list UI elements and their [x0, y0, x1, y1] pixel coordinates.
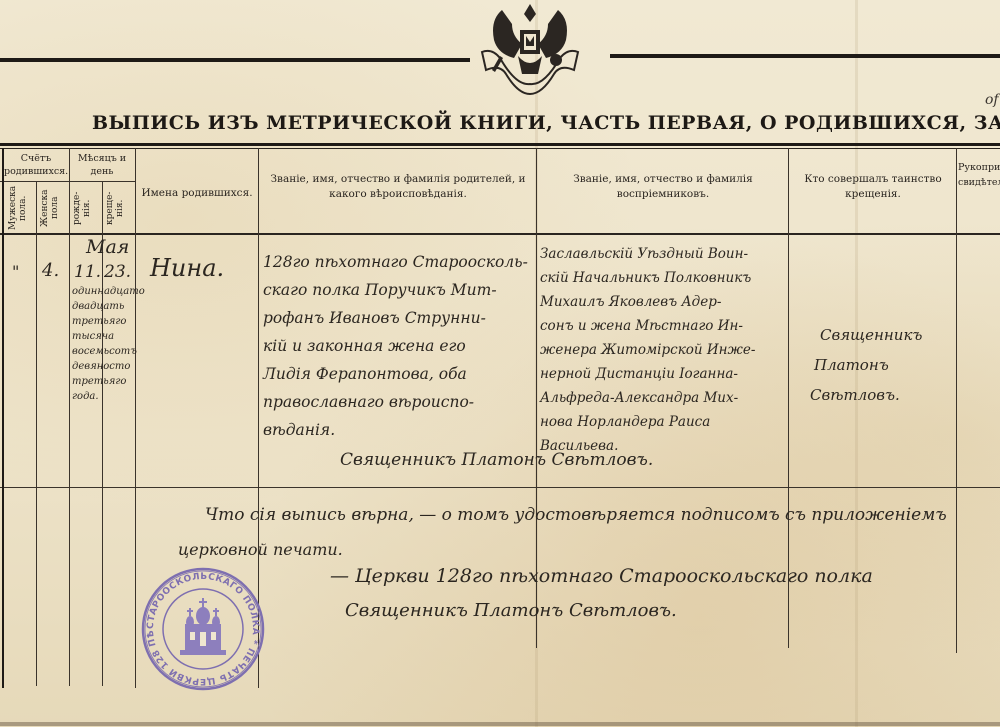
header-female: Женска пола: [40, 186, 66, 230]
header-month-day: Мѣсяцъ и день: [70, 152, 134, 178]
certification-text: Что сія выпись вѣрна, — о томъ удостовѣр…: [205, 505, 947, 525]
priest-line: Платонъ: [810, 350, 950, 380]
godparents-entry: Заславльскій Уѣздный Воин- скій Начальни…: [540, 242, 788, 458]
parents-line: скаго полка Поручикъ Мит-: [263, 276, 535, 304]
certification-text: церковной печати.: [178, 540, 343, 559]
header-male: Мужеска пола.: [8, 186, 34, 230]
godparents-line: нова Норландера Раиса: [540, 410, 788, 434]
godparents-line: Заславльскій Уѣздный Воин-: [540, 242, 788, 266]
priest-entry: Священникъ Платонъ Свѣтловъ.: [810, 320, 950, 410]
table-border: [2, 148, 4, 688]
priest-line: Священникъ: [810, 320, 950, 350]
header-birth-date: рожде-нія.: [72, 186, 100, 230]
godparents-line: Михаилъ Яковлевъ Адер-: [540, 290, 788, 314]
column-divider: [36, 181, 37, 686]
header-bottom-rule: [0, 233, 1000, 235]
header-priest: Кто совершалъ таинство крещенія.: [792, 172, 954, 202]
godparents-line: женера Житомірской Инже-: [540, 338, 788, 362]
parents-line: кій и законная жена его: [263, 332, 535, 360]
parents-line: рофанъ Ивановъ Струнни-: [263, 304, 535, 332]
parents-line: 128го пѣхотнаго Староосколь-: [263, 248, 535, 276]
double-headed-eagle-emblem-icon: [460, 0, 600, 100]
female-count-value: 4.: [42, 260, 59, 281]
header-rule: [610, 54, 1000, 58]
header-subdivider: [0, 181, 135, 182]
corner-note: of: [985, 92, 999, 108]
header-baptism-date: креще-нія.: [105, 186, 133, 230]
paper-bottom-edge: [0, 722, 1000, 726]
column-divider: [69, 148, 70, 686]
priest-signature: Священникъ Платонъ Свѣтловъ.: [340, 450, 653, 470]
header-godparents: Званіе, имя, отчество и фамилія воспріем…: [540, 172, 786, 202]
certification-signature: Священникъ Платонъ Свѣтловъ.: [345, 600, 677, 621]
church-name: — Церкви 128го пѣхотнаго Старооскольскаг…: [330, 565, 873, 587]
column-divider: [956, 148, 957, 653]
godparents-line: сонъ и жена Мѣстнаго Ин-: [540, 314, 788, 338]
title-printed: ВЫПИСЬ ИЗЪ МЕТРИЧЕСКОЙ КНИГИ, ЧАСТЬ ПЕРВ…: [92, 112, 1000, 134]
priest-line: Свѣтловъ.: [810, 380, 950, 410]
column-divider: [135, 148, 136, 688]
header-signatures: Рукоприкладство свидѣтелей: [958, 160, 1000, 190]
parents-line: вѣданія.: [263, 416, 535, 444]
table-top-rule: [0, 148, 1000, 149]
record-bottom-rule: [0, 487, 1000, 488]
parents-line: православнаго вѣроиспо-: [263, 388, 535, 416]
birth-day-value: 11.: [74, 262, 101, 282]
child-name: Нина.: [150, 254, 224, 282]
parents-entry: 128го пѣхотнаго Староосколь- скаго полка…: [263, 248, 535, 444]
godparents-line: скій Начальникъ Полковникъ: [540, 266, 788, 290]
month-value: Мая: [86, 236, 129, 258]
header-names: Имена родившихся.: [138, 186, 256, 201]
header-rule: [0, 58, 470, 62]
church-seal-stamp-icon: СТАРООСКОЛЬСКАГО ПОЛКА * ПЕЧАТЬ ЦЕРКВИ 1…: [140, 566, 266, 692]
table-top-rule: [0, 143, 1000, 146]
header-parents: Званіе, имя, отчество и фамилія родителе…: [262, 172, 534, 202]
document-title: ВЫПИСЬ ИЗЪ МЕТРИЧЕСКОЙ КНИГИ, ЧАСТЬ ПЕРВ…: [92, 110, 1000, 135]
godparents-line: нерной Дистанціи Іоганна-: [540, 362, 788, 386]
header-birth-count: Счётъ родившихся.: [4, 152, 68, 178]
date-in-words: одиннадцато двадцать третьяго тысяча вос…: [72, 284, 136, 404]
godparents-line: Альфреда-Александра Мих-: [540, 386, 788, 410]
male-count-value: ": [12, 262, 19, 281]
parents-line: Лидія Ферапонтова, оба: [263, 360, 535, 388]
baptism-day-value: 23.: [104, 262, 131, 282]
